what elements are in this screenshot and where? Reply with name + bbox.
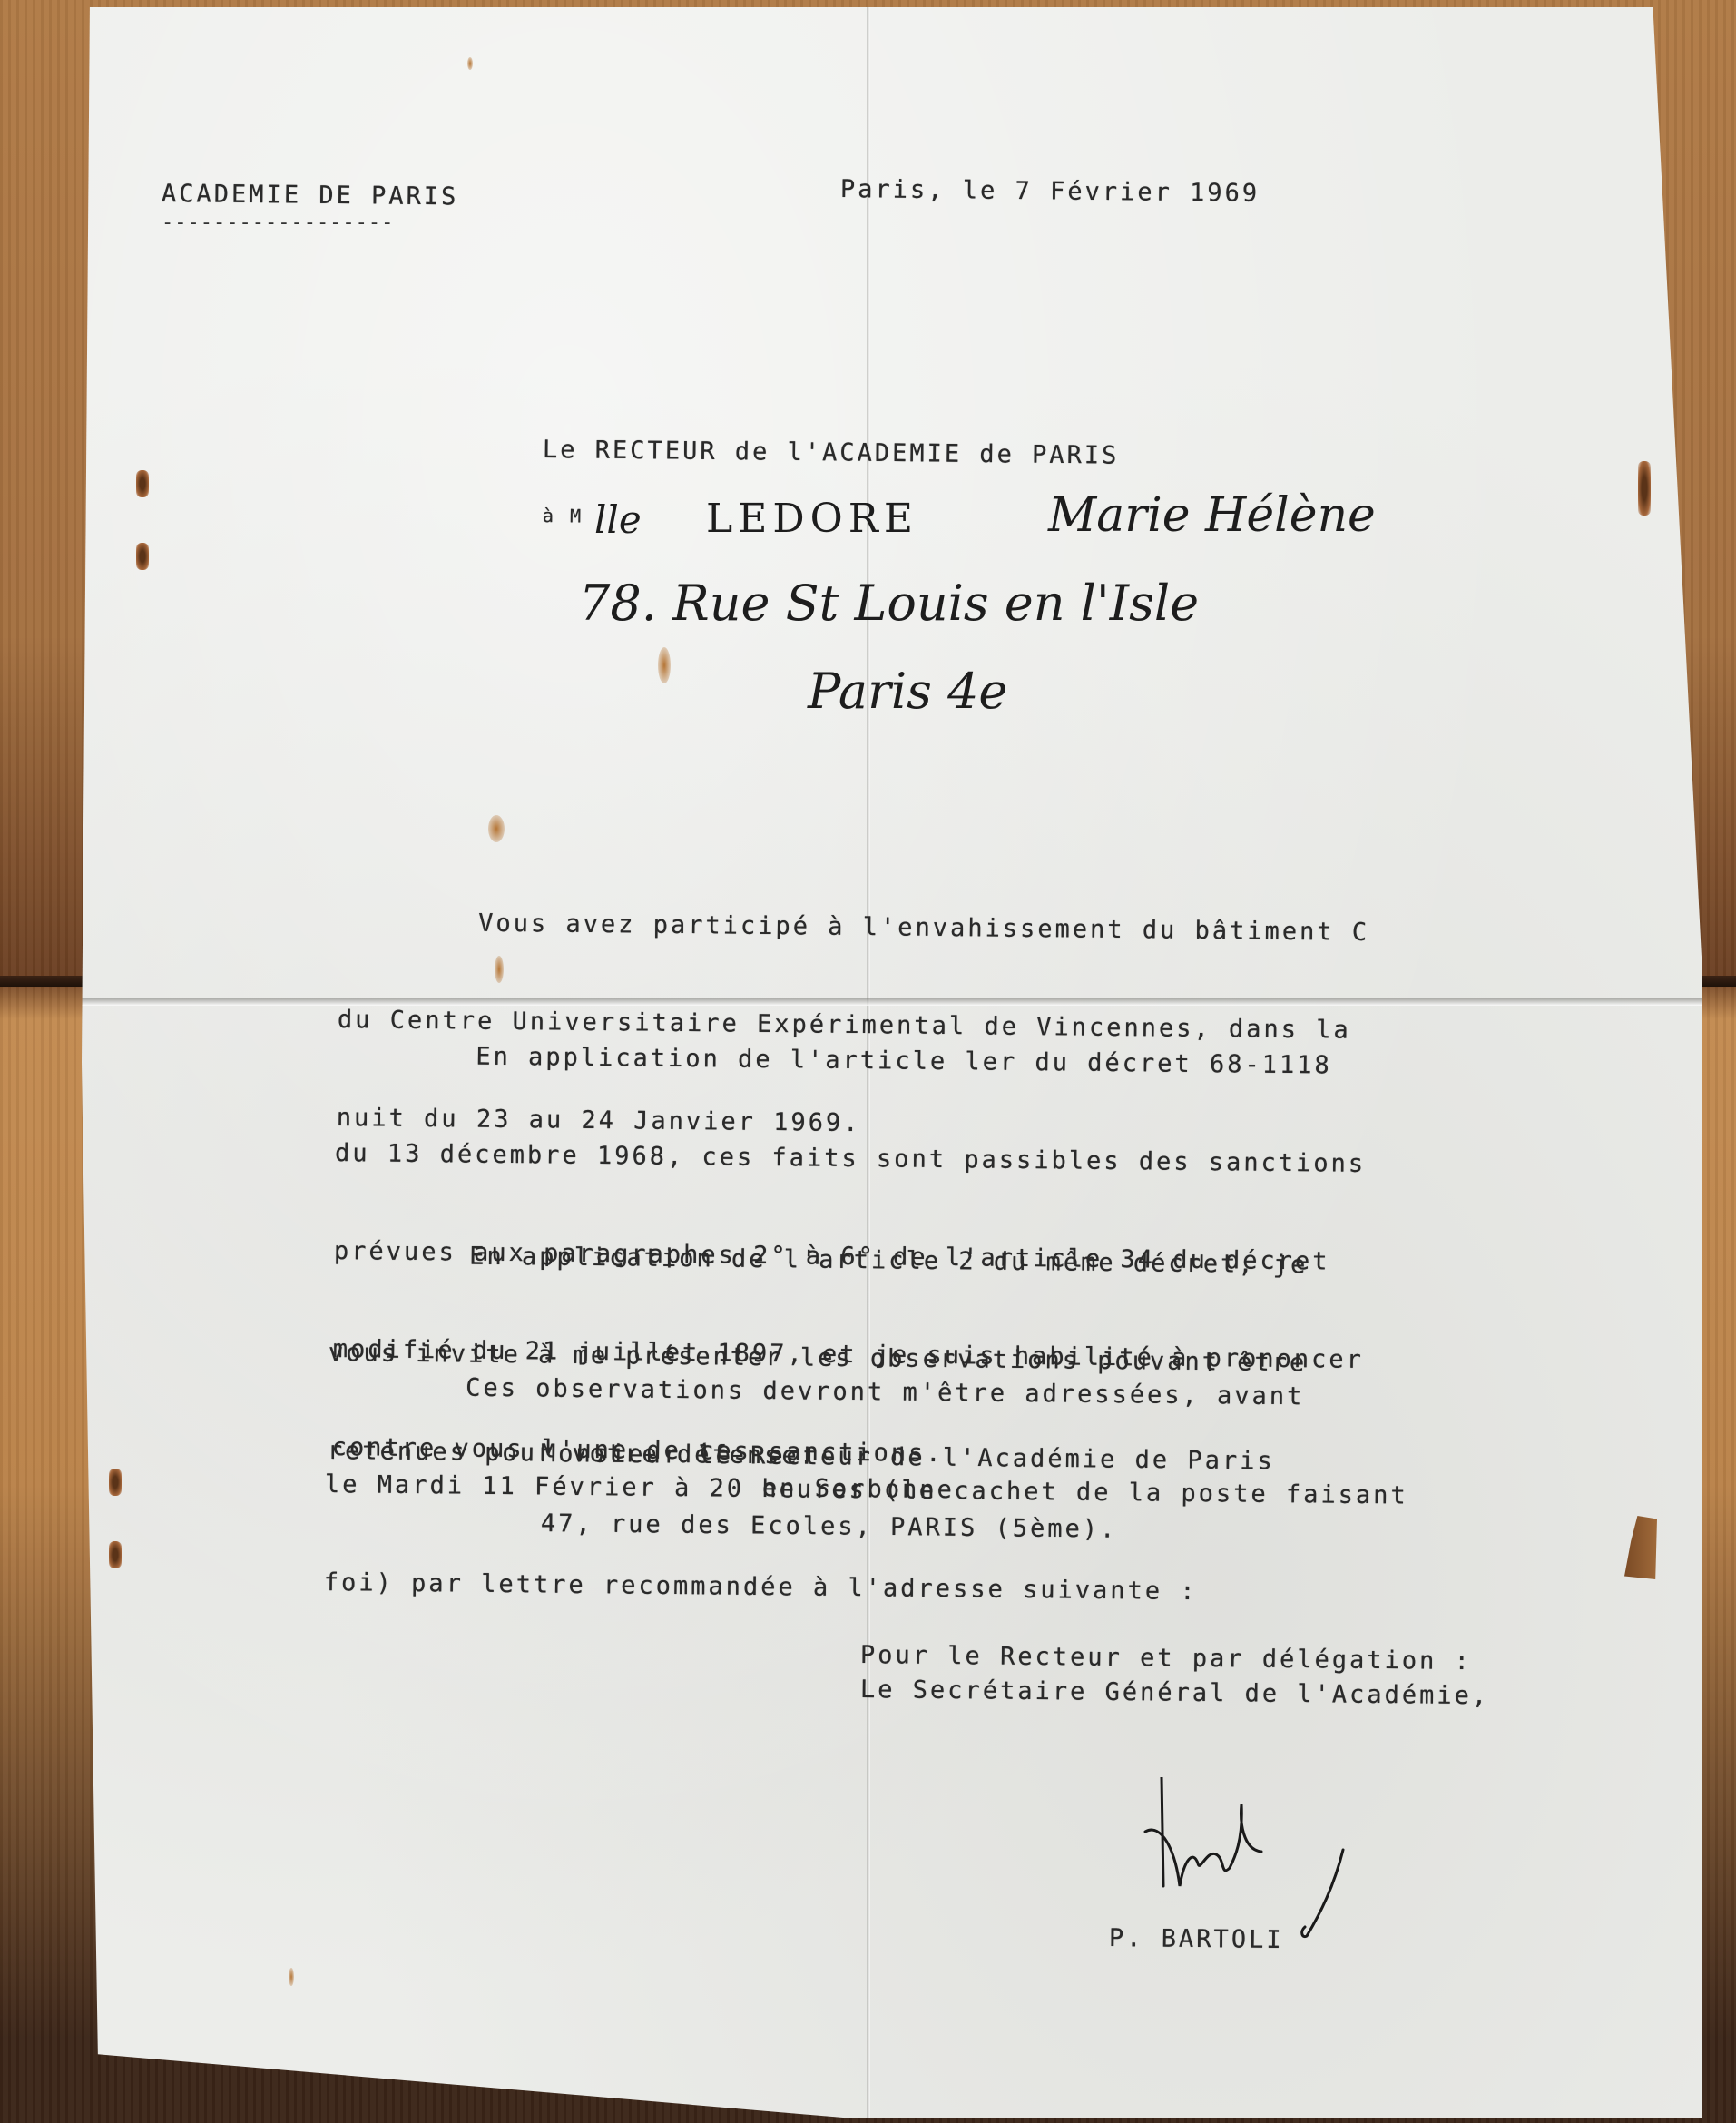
punch-hole-icon	[1638, 461, 1651, 516]
recipient-given-names: Marie Hélène	[1048, 488, 1376, 543]
signatory-name: P. BARTOLI	[1109, 1924, 1284, 1954]
punch-hole-icon	[136, 470, 149, 497]
rust-stain-icon	[289, 1968, 294, 1986]
recipient-title: lle	[594, 497, 642, 542]
recipient-surname: LEDORE	[706, 496, 918, 542]
return-address-line-2: en Sorbonne	[762, 1474, 955, 1504]
body-line: Vous avez participé à l'envahissement du…	[338, 906, 1369, 949]
rust-stain-icon	[467, 57, 473, 70]
place-date: Paris, le 7 Février 1969	[840, 175, 1260, 208]
recipient-prefix: à M	[543, 505, 584, 526]
institution-underline: ------------------	[162, 211, 394, 234]
rust-stain-icon	[488, 815, 505, 842]
recipient-street: 78. Rue St Louis en l'Isle	[579, 575, 1199, 632]
torn-hole-icon	[1624, 1516, 1657, 1579]
punch-hole-icon	[109, 1469, 122, 1496]
body-line: En application de l'article 2 du même dé…	[329, 1239, 1309, 1282]
body-line: foi) par lettre recommandée à l'adresse …	[324, 1567, 1407, 1610]
recipient-city: Paris 4e	[808, 663, 1007, 720]
sender-line: Le RECTEUR de l'ACADEMIE de PARIS	[543, 436, 1120, 470]
closing-line-2: Le Secrétaire Général de l'Académie,	[860, 1676, 1489, 1710]
punch-hole-icon	[109, 1541, 122, 1568]
body-line: du 13 décembre 1968, ces faits sont pass…	[335, 1137, 1366, 1181]
body-line: En application de l'article ler du décre…	[336, 1039, 1367, 1083]
body-line: Ces observations devront m'être adressée…	[326, 1371, 1409, 1414]
letter-sheet: ACADEMIE DE PARIS ------------------ Par…	[82, 7, 1702, 2118]
institution-name: ACADEMIE DE PARIS	[162, 180, 459, 211]
punch-hole-icon	[136, 543, 149, 570]
return-address-line-3: 47, rue des Ecoles, PARIS (5ème).	[541, 1509, 1118, 1544]
rust-stain-icon	[658, 647, 671, 683]
signature-icon	[1143, 1777, 1434, 1941]
